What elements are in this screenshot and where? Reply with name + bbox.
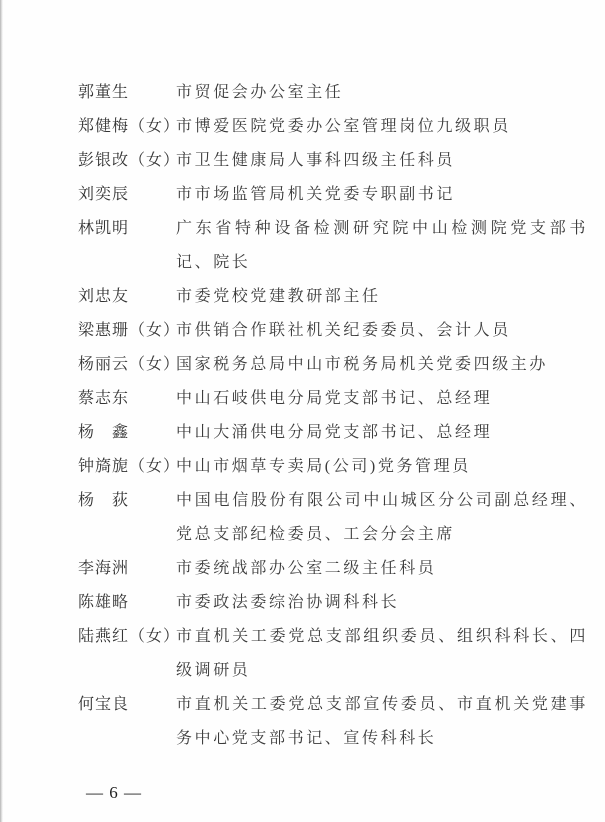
entry-title: 市博爱医院党委办公室管理岗位九级职员 xyxy=(176,110,588,144)
entry-title: 中国电信股份有限公司中山城区分公司副总经理、党总支部纪检委员、工会分会主席 xyxy=(176,484,588,552)
entry-name: 刘奕辰 xyxy=(78,178,176,212)
entry-name: 杨 鑫 xyxy=(78,416,176,450)
entry-name: 梁惠珊（女） xyxy=(78,314,176,348)
entry-title: 市供销合作联社机关纪委委员、会计人员 xyxy=(176,314,588,348)
roster-list: 郭董生 市贸促会办公室主任 郑健梅（女） 市博爱医院党委办公室管理岗位九级职员 … xyxy=(78,76,590,756)
page-number: — 6 — xyxy=(86,783,142,802)
entry-title: 市委党校党建教研部主任 xyxy=(176,280,588,314)
roster-entry: 陈雄略 市委政法委综治协调科科长 xyxy=(78,586,590,620)
roster-entry: 何宝良 市直机关工委党总支部宣传委员、市直机关党建事务中心党支部书记、宣传科科长 xyxy=(78,688,590,756)
entry-name: 郑健梅（女） xyxy=(78,110,176,144)
entry-name: 陈雄略 xyxy=(78,586,176,620)
entry-title: 中山石岐供电分局党支部书记、总经理 xyxy=(176,382,588,416)
roster-entry: 陆燕红（女） 市直机关工委党总支部组织委员、组织科科长、四级调研员 xyxy=(78,620,590,688)
document-page: 郭董生 市贸促会办公室主任 郑健梅（女） 市博爱医院党委办公室管理岗位九级职员 … xyxy=(0,0,605,822)
roster-entry: 郑健梅（女） 市博爱医院党委办公室管理岗位九级职员 xyxy=(78,110,590,144)
entry-name: 杨丽云（女） xyxy=(78,348,176,382)
roster-entry: 李海洲 市委统战部办公室二级主任科员 xyxy=(78,552,590,586)
entry-title: 市贸促会办公室主任 xyxy=(176,76,588,110)
entry-name: 郭董生 xyxy=(78,76,176,110)
roster-entry: 杨丽云（女） 国家税务总局中山市税务局机关党委四级主办 xyxy=(78,348,590,382)
roster-entry: 杨 荻 中国电信股份有限公司中山城区分公司副总经理、党总支部纪检委员、工会分会主… xyxy=(78,484,590,552)
roster-entry: 钟旖旎（女） 中山市烟草专卖局(公司)党务管理员 xyxy=(78,450,590,484)
entry-title: 市卫生健康局人事科四级主任科员 xyxy=(176,144,588,178)
entry-name: 刘忠友 xyxy=(78,280,176,314)
entry-title: 中山市烟草专卖局(公司)党务管理员 xyxy=(176,450,588,484)
entry-name: 林凯明 xyxy=(78,212,176,246)
entry-name: 李海洲 xyxy=(78,552,176,586)
entry-title: 市委统战部办公室二级主任科员 xyxy=(176,552,588,586)
page-footer: — 6 — xyxy=(86,782,142,804)
entry-title: 市直机关工委党总支部宣传委员、市直机关党建事务中心党支部书记、宣传科科长 xyxy=(176,688,588,756)
entry-name: 何宝良 xyxy=(78,688,176,722)
entry-name: 蔡志东 xyxy=(78,382,176,416)
entry-title: 广东省特种设备检测研究院中山检测院党支部书记、院长 xyxy=(176,212,588,280)
entry-title: 市市场监管局机关党委专职副书记 xyxy=(176,178,588,212)
roster-entry: 梁惠珊（女） 市供销合作联社机关纪委委员、会计人员 xyxy=(78,314,590,348)
entry-name: 钟旖旎（女） xyxy=(78,450,176,484)
roster-entry: 郭董生 市贸促会办公室主任 xyxy=(78,76,590,110)
entry-name: 陆燕红（女） xyxy=(78,620,176,654)
entry-name: 彭银改（女） xyxy=(78,144,176,178)
roster-entry: 林凯明 广东省特种设备检测研究院中山检测院党支部书记、院长 xyxy=(78,212,590,280)
roster-entry: 彭银改（女） 市卫生健康局人事科四级主任科员 xyxy=(78,144,590,178)
roster-entry: 杨 鑫 中山大涌供电分局党支部书记、总经理 xyxy=(78,416,590,450)
roster-entry: 刘忠友 市委党校党建教研部主任 xyxy=(78,280,590,314)
roster-entry: 刘奕辰 市市场监管局机关党委专职副书记 xyxy=(78,178,590,212)
entry-title: 国家税务总局中山市税务局机关党委四级主办 xyxy=(176,348,588,382)
entry-title: 市委政法委综治协调科科长 xyxy=(176,586,588,620)
entry-title: 市直机关工委党总支部组织委员、组织科科长、四级调研员 xyxy=(176,620,588,688)
roster-entry: 蔡志东 中山石岐供电分局党支部书记、总经理 xyxy=(78,382,590,416)
entry-name: 杨 荻 xyxy=(78,484,176,518)
scan-edge-artifact xyxy=(0,0,3,822)
entry-title: 中山大涌供电分局党支部书记、总经理 xyxy=(176,416,588,450)
